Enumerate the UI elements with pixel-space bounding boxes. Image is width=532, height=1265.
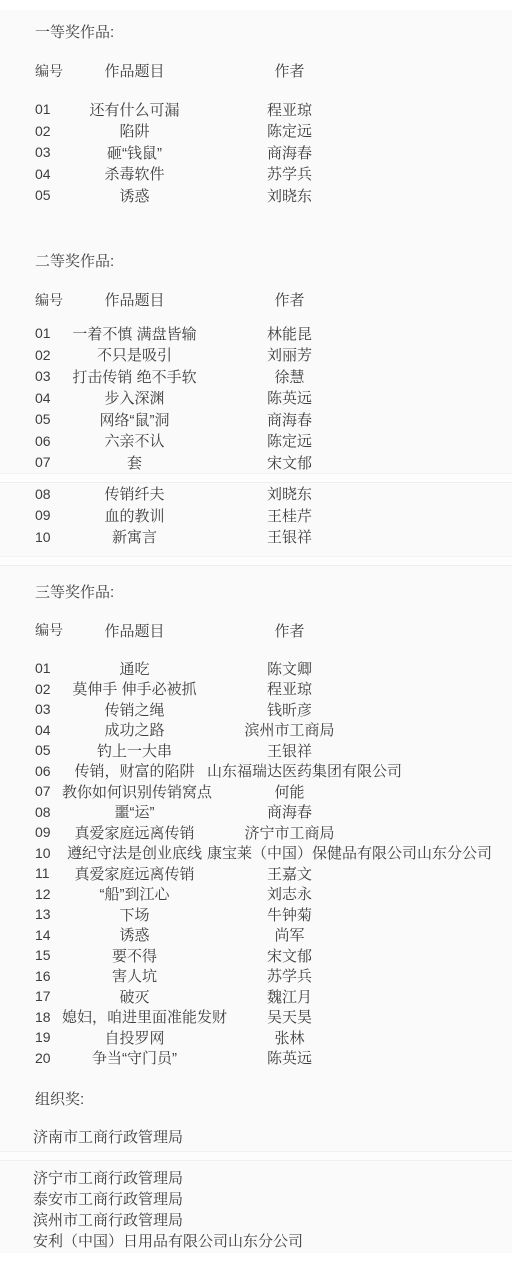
entry-number: 07 (35, 454, 62, 470)
work-title: 遵纪守法是创业底线 (62, 842, 207, 863)
table-row: 18 媳妇，咱进里面准能发财 吴天昊 (0, 1007, 512, 1028)
work-title: 真爱家庭远离传销 (62, 822, 207, 843)
entry-number: 03 (35, 144, 62, 160)
work-title: 打击传销 绝不手软 (62, 366, 207, 387)
table-row: 03 传销之绳 钱昕彦 (0, 699, 512, 720)
table-row: 09 真爱家庭远离传销 济宁市工商局 (0, 822, 512, 843)
entry-number: 10 (35, 845, 62, 861)
table-row: 03 砸“钱鼠” 商海春 (0, 142, 512, 164)
work-author: 王银祥 (207, 526, 372, 547)
table-row: 05 钓上一大串 王银祥 (0, 740, 512, 761)
entry-number: 05 (35, 742, 62, 758)
work-title: 莫伸手 伸手必被抓 (62, 678, 207, 699)
work-title: 传销之绳 (62, 699, 207, 720)
work-title: 不只是吸引 (62, 344, 207, 365)
table-row: 01 还有什么可漏 程亚琼 (0, 99, 512, 121)
entry-number: 17 (35, 988, 62, 1004)
screenshot-stitch-seam (0, 473, 512, 483)
work-author: 陈定远 (207, 430, 372, 451)
table-row: 08 传销纤夫 刘晓东 (0, 483, 512, 505)
table-row: 02 莫伸手 伸手必被抓 程亚琼 (0, 679, 512, 700)
work-title: “船”到江心 (62, 883, 207, 904)
entry-number: 12 (35, 886, 62, 902)
work-author: 程亚琼 (207, 99, 372, 120)
work-author: 王嘉文 (207, 863, 372, 884)
work-author: 陈英远 (207, 387, 372, 408)
work-author: 陈文卿 (207, 658, 372, 679)
header-work-title: 作品题目 (62, 60, 207, 81)
entry-number: 09 (35, 824, 62, 840)
work-author: 商海春 (207, 409, 372, 430)
screenshot-stitch-seam (0, 1151, 512, 1161)
work-title: 噩“运” (62, 801, 207, 822)
work-author: 苏学兵 (207, 163, 372, 184)
work-author: 程亚琼 (207, 678, 372, 699)
work-author: 滨州市工商局 (207, 719, 372, 740)
work-author: 王桂芹 (207, 505, 372, 526)
work-title: 破灭 (62, 986, 207, 1007)
table-row: 05 诱惑 刘晓东 (0, 185, 512, 207)
work-title: 步入深渊 (62, 387, 207, 408)
table-row: 17 破灭 魏江月 (0, 986, 512, 1007)
organization-winner: 安利（中国）日用品有限公司山东分公司 (0, 1231, 512, 1252)
entry-number: 10 (35, 529, 62, 545)
section-title-second-prize: 二等奖作品: (0, 251, 512, 272)
entry-number: 02 (35, 347, 62, 363)
entry-number: 08 (35, 804, 62, 820)
entry-number: 15 (35, 947, 62, 963)
work-author: 苏学兵 (207, 965, 372, 986)
table-row: 09 血的教训 王桂芹 (0, 505, 512, 527)
table-row: 13 下场 牛钟菊 (0, 904, 512, 925)
work-title: 通吃 (62, 658, 207, 679)
work-title: 陷阱 (62, 120, 207, 141)
work-author: 尚军 (207, 924, 372, 945)
table-row: 06 六亲不认 陈定远 (0, 430, 512, 452)
entry-number: 04 (35, 722, 62, 738)
table-row: 07 套 宋文郁 (0, 452, 512, 474)
work-title: 成功之路 (62, 719, 207, 740)
table-row: 04 成功之路 滨州市工商局 (0, 720, 512, 741)
table-row: 04 步入深渊 陈英远 (0, 387, 512, 409)
organization-winner: 济宁市工商行政管理局 (0, 1168, 512, 1189)
work-title: 砸“钱鼠” (62, 142, 207, 163)
work-title: 一着不慎 满盘皆输 (62, 323, 207, 344)
header-work-title: 作品题目 (62, 620, 207, 641)
entry-number: 01 (35, 660, 62, 676)
work-author: 陈定远 (207, 120, 372, 141)
organization-winner-list: 济宁市工商行政管理局 泰安市工商行政管理局 滨州市工商行政管理局 安利（中国）日… (0, 1168, 512, 1252)
entry-number: 03 (35, 368, 62, 384)
table-row: 16 害人坑 苏学兵 (0, 966, 512, 987)
table-row: 02 不只是吸引 刘丽芳 (0, 344, 512, 366)
entry-number: 16 (35, 968, 62, 984)
entry-number: 03 (35, 701, 62, 717)
work-author: 陈英远 (207, 1047, 372, 1068)
work-author: 刘晓东 (207, 185, 372, 206)
work-title: 真爱家庭远离传销 (62, 863, 207, 884)
work-title: 血的教训 (62, 505, 207, 526)
work-title: 杀毒软件 (62, 163, 207, 184)
table-row: 10 新寓言 王银祥 (0, 526, 512, 548)
entry-number: 18 (35, 1009, 62, 1025)
work-title: 网络“鼠”洞 (62, 409, 207, 430)
table-row: 05 网络“鼠”洞 商海春 (0, 409, 512, 431)
entry-number: 14 (35, 927, 62, 943)
table-row: 10 遵纪守法是创业底线 康宝莱（中国）保健品有限公司山东分公司 (0, 843, 512, 864)
work-title: 争当“守门员” (62, 1047, 207, 1068)
work-author: 济宁市工商局 (207, 822, 372, 843)
column-header-row: 编号 作品题目 作者 (0, 60, 512, 82)
work-author: 林能昆 (207, 323, 372, 344)
work-author: 商海春 (207, 142, 372, 163)
table-row: 11 真爱家庭远离传销 王嘉文 (0, 863, 512, 884)
entry-number: 08 (35, 486, 62, 502)
work-title: 下场 (62, 904, 207, 925)
work-title: 套 (62, 452, 207, 473)
table-row: 01 一着不慎 满盘皆输 林能昆 (0, 323, 512, 345)
work-title: 自投罗网 (62, 1027, 207, 1048)
work-author: 刘丽芳 (207, 344, 372, 365)
entry-number: 04 (35, 166, 62, 182)
table-row: 20 争当“守门员” 陈英远 (0, 1048, 512, 1069)
work-author: 何能 (207, 781, 372, 802)
entry-number: 20 (35, 1050, 62, 1066)
work-title: 媳妇，咱进里面准能发财 (62, 1006, 207, 1027)
entry-number: 13 (35, 906, 62, 922)
entry-number: 07 (35, 783, 62, 799)
work-title: 传销纤夫 (62, 483, 207, 504)
work-title: 诱惑 (62, 185, 207, 206)
work-title: 传销，财富的陷阱 (62, 760, 207, 781)
entry-number: 04 (35, 390, 62, 406)
third-prize-list: 01 通吃 陈文卿 02 莫伸手 伸手必被抓 程亚琼 03 传销之绳 钱昕彦 0… (0, 658, 512, 1068)
entry-number: 06 (35, 763, 62, 779)
work-title: 诱惑 (62, 924, 207, 945)
second-prize-list-part1: 01 一着不慎 满盘皆输 林能昆 02 不只是吸引 刘丽芳 03 打击传销 绝不… (0, 323, 512, 474)
work-title: 六亲不认 (62, 430, 207, 451)
screenshot-stitch-seam (0, 556, 512, 566)
organization-winner: 泰安市工商行政管理局 (0, 1189, 512, 1210)
work-title: 钓上一大串 (62, 740, 207, 761)
table-row: 04 杀毒软件 苏学兵 (0, 163, 512, 185)
table-row: 19 自投罗网 张林 (0, 1027, 512, 1048)
table-row: 12 “船”到江心 刘志永 (0, 884, 512, 905)
work-author: 王银祥 (207, 740, 372, 761)
organization-winner: 济南市工商行政管理局 (0, 1127, 512, 1148)
header-author: 作者 (207, 620, 372, 641)
table-row: 03 打击传销 绝不手软 徐慧 (0, 366, 512, 388)
work-author: 牛钟菊 (207, 904, 372, 925)
work-author: 吴天昊 (207, 1006, 372, 1027)
entry-number: 06 (35, 433, 62, 449)
work-author: 宋文郁 (207, 945, 372, 966)
header-author: 作者 (207, 289, 372, 310)
table-row: 07 教你如何识别传销窝点 何能 (0, 781, 512, 802)
table-row: 15 要不得 宋文郁 (0, 945, 512, 966)
section-title-third-prize: 三等奖作品: (0, 582, 512, 603)
section-title-organization-award: 组织奖: (0, 1089, 512, 1110)
work-author: 钱昕彦 (207, 699, 372, 720)
header-author: 作者 (207, 60, 372, 81)
work-author: 徐慧 (207, 366, 372, 387)
work-author: 刘志永 (207, 883, 372, 904)
entry-number: 05 (35, 187, 62, 203)
work-title: 教你如何识别传销窝点 (62, 781, 207, 802)
section-title-first-prize: 一等奖作品: (0, 22, 512, 43)
work-author: 康宝莱（中国）保健品有限公司山东分公司 (207, 842, 372, 863)
organization-winner: 滨州市工商行政管理局 (0, 1210, 512, 1231)
work-author: 刘晓东 (207, 483, 372, 504)
entry-number: 09 (35, 507, 62, 523)
awards-document: 一等奖作品: 编号 作品题目 作者 01 还有什么可漏 程亚琼 02 陷阱 陈定… (0, 10, 512, 1253)
work-title: 新寓言 (62, 526, 207, 547)
entry-number: 01 (35, 325, 62, 341)
work-author: 山东福瑞达医药集团有限公司 (207, 760, 372, 781)
entry-number: 05 (35, 411, 62, 427)
second-prize-list-part2: 08 传销纤夫 刘晓东 09 血的教训 王桂芹 10 新寓言 王银祥 (0, 483, 512, 548)
header-number: 编号 (35, 61, 62, 81)
table-row: 06 传销，财富的陷阱 山东福瑞达医药集团有限公司 (0, 761, 512, 782)
first-prize-list: 01 还有什么可漏 程亚琼 02 陷阱 陈定远 03 砸“钱鼠” 商海春 04 … (0, 99, 512, 207)
entry-number: 19 (35, 1029, 62, 1045)
work-title: 还有什么可漏 (62, 99, 207, 120)
table-row: 01 通吃 陈文卿 (0, 658, 512, 679)
table-row: 02 陷阱 陈定远 (0, 120, 512, 142)
work-author: 商海春 (207, 801, 372, 822)
work-title: 要不得 (62, 945, 207, 966)
header-number: 编号 (35, 620, 62, 640)
column-header-row: 编号 作品题目 作者 (0, 289, 512, 311)
work-author: 宋文郁 (207, 452, 372, 473)
entry-number: 02 (35, 123, 62, 139)
work-title: 害人坑 (62, 965, 207, 986)
work-author: 魏江月 (207, 986, 372, 1007)
header-work-title: 作品题目 (62, 289, 207, 310)
work-author: 张林 (207, 1027, 372, 1048)
entry-number: 11 (35, 865, 62, 881)
header-number: 编号 (35, 290, 62, 310)
table-row: 08 噩“运” 商海春 (0, 802, 512, 823)
entry-number: 01 (35, 101, 62, 117)
table-row: 14 诱惑 尚军 (0, 925, 512, 946)
entry-number: 02 (35, 681, 62, 697)
column-header-row: 编号 作品题目 作者 (0, 620, 512, 642)
